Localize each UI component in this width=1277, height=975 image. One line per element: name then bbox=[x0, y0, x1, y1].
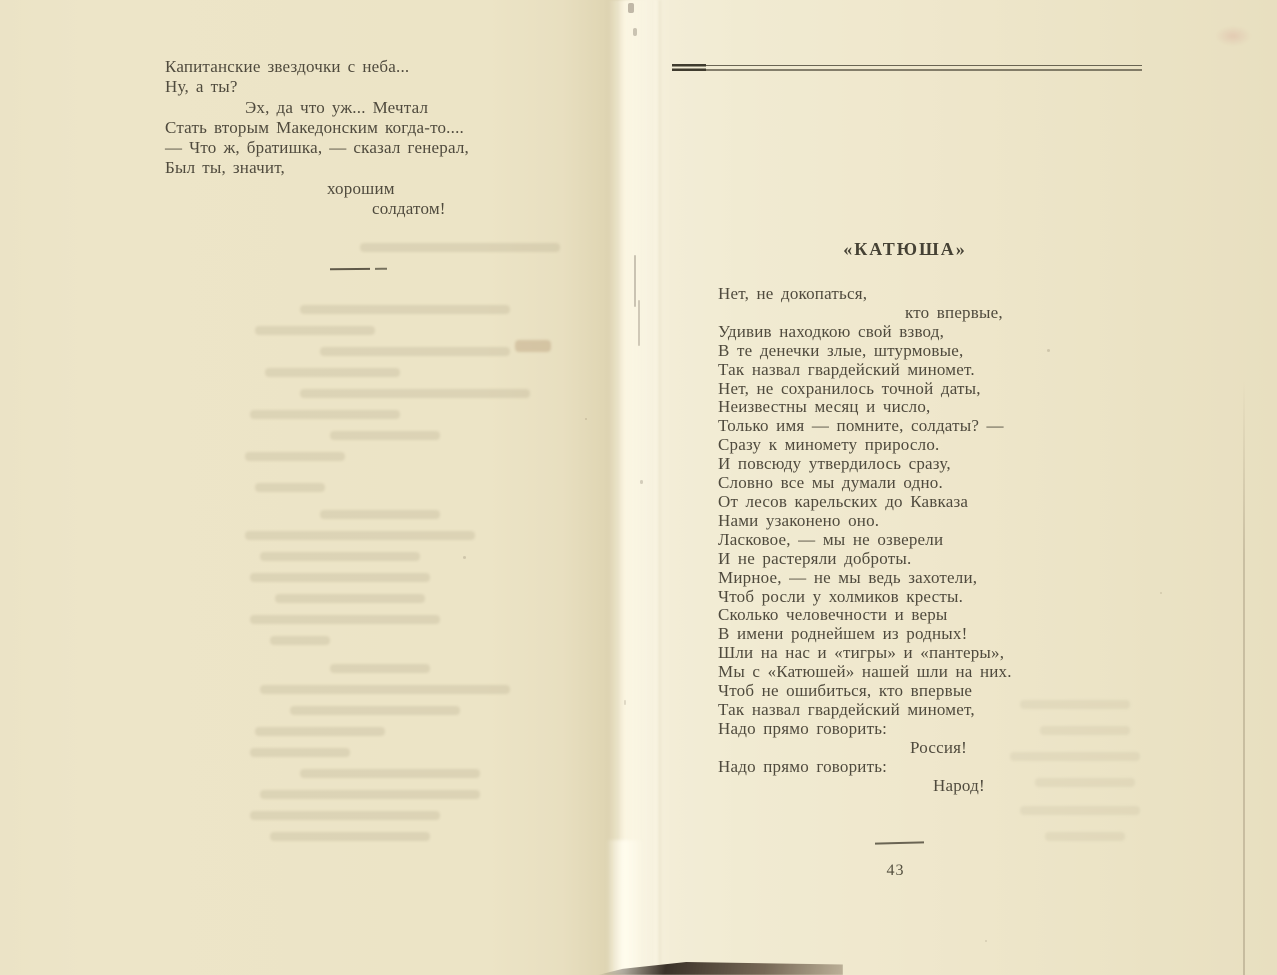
paper-speck bbox=[463, 556, 466, 559]
rule-left-cap bbox=[672, 64, 706, 72]
ghost-text-line bbox=[260, 790, 480, 799]
paper-speck bbox=[1160, 592, 1162, 594]
ghost-text-line bbox=[290, 706, 460, 715]
ghost-text-line bbox=[1040, 726, 1130, 735]
poem-line: В имени роднейшем из родных! bbox=[718, 625, 1158, 644]
ghost-text-line bbox=[250, 410, 400, 419]
ghost-text-line bbox=[330, 431, 440, 440]
poem-line: Сразу к миномету приросло. bbox=[718, 436, 1158, 455]
paper-speck bbox=[624, 700, 626, 705]
poem-line: И не растеряли доброты. bbox=[718, 550, 1158, 569]
poem-line: Неизвестны месяц и число, bbox=[718, 398, 1158, 417]
rule-line-top bbox=[672, 65, 1142, 66]
ghost-text-line bbox=[260, 552, 420, 561]
poem-line: Нет, не докопаться, bbox=[718, 285, 1158, 304]
right-page-poem: Нет, не докопаться,кто впервые,Удивив на… bbox=[718, 285, 1158, 795]
left-page-section-divider bbox=[330, 267, 386, 271]
ghost-text-line bbox=[1020, 700, 1130, 709]
paper-speck bbox=[585, 418, 587, 420]
poem-line: Нет, не сохранилось точной даты, bbox=[718, 380, 1158, 399]
poem-line: кто впервые, bbox=[905, 304, 1158, 323]
poem-line: И повсюду утвердилось сразу, bbox=[718, 455, 1158, 474]
rule-line-bottom bbox=[672, 69, 1142, 70]
ghost-text-line bbox=[360, 243, 560, 252]
paper-stain bbox=[1215, 26, 1251, 46]
ghost-text-line bbox=[1020, 806, 1140, 815]
ghost-text-line bbox=[250, 811, 440, 820]
poem-line: Ласковое, — мы не озверели bbox=[718, 531, 1158, 550]
paper-speck bbox=[628, 3, 634, 13]
ghost-text-line bbox=[245, 531, 475, 540]
poem-line: Так назвал гвардейский миномет. bbox=[718, 361, 1158, 380]
book-spread: Капитанские звездочки с неба...Ну, а ты?… bbox=[0, 0, 1277, 975]
paper-speck bbox=[985, 940, 987, 942]
ghost-text-line bbox=[245, 452, 345, 461]
ghost-text-line bbox=[270, 636, 330, 645]
poem-line: Шли на нас и «тигры» и «пантеры», bbox=[718, 644, 1158, 663]
ghost-text-line bbox=[320, 347, 510, 356]
poem-line: — Что ж, братишка, — сказал генерал, bbox=[165, 138, 585, 158]
end-of-poem-divider bbox=[875, 841, 924, 844]
poem-line: Ну, а ты? bbox=[165, 77, 585, 97]
ghost-text-line bbox=[300, 769, 480, 778]
poem-line: Только имя — помните, солдаты? — bbox=[718, 417, 1158, 436]
poem-line: Удивив находкою свой взвод, bbox=[718, 323, 1158, 342]
ghost-text-line bbox=[300, 305, 510, 314]
ghost-text-line bbox=[255, 727, 385, 736]
poem-line: Сколько человечности и веры bbox=[718, 606, 1158, 625]
poem-line: Стать вторым Македонским когда-то.... bbox=[165, 118, 585, 138]
ghost-text-line bbox=[300, 389, 530, 398]
divider-dash-short bbox=[375, 268, 387, 270]
poem-line: Был ты, значит, bbox=[165, 158, 585, 178]
ghost-text-line bbox=[255, 326, 375, 335]
ghost-letter-mark bbox=[515, 340, 551, 352]
page-crease bbox=[652, 0, 662, 975]
right-page-header-rule bbox=[672, 65, 1142, 73]
divider-dash bbox=[330, 268, 370, 270]
gutter-fold-highlight-bottom bbox=[606, 840, 644, 975]
poem-line: Словно все мы думали одно. bbox=[718, 474, 1158, 493]
page-number: 43 bbox=[858, 862, 933, 880]
poem-line: Чтоб росли у холмиков кресты. bbox=[718, 588, 1158, 607]
poem-line: Мирное, — не мы ведь захотели, bbox=[718, 569, 1158, 588]
ghost-text-line bbox=[275, 594, 425, 603]
poem-line: солдатом! bbox=[372, 199, 585, 219]
ghost-text-line bbox=[1010, 752, 1140, 761]
ghost-text-line bbox=[1045, 832, 1125, 841]
ghost-text-line bbox=[250, 615, 440, 624]
page-right-edge bbox=[1243, 380, 1245, 975]
paper-speck bbox=[1047, 349, 1050, 352]
ghost-text-line bbox=[1035, 778, 1135, 787]
poem-line: Эх, да что уж... Мечтал bbox=[245, 98, 585, 118]
paper-speck bbox=[634, 255, 636, 307]
ghost-text-line bbox=[260, 685, 510, 694]
paper-speck bbox=[640, 480, 643, 484]
poem-line: хорошим bbox=[327, 179, 585, 199]
ghost-text-line bbox=[255, 483, 325, 492]
ghost-text-line bbox=[270, 832, 430, 841]
poem-line: Капитанские звездочки с неба... bbox=[165, 57, 585, 77]
poem-title: «КАТЮША» bbox=[760, 239, 1050, 260]
ghost-text-line bbox=[250, 748, 350, 757]
poem-line: Чтоб не ошибиться, кто впервые bbox=[718, 682, 1158, 701]
ghost-text-line bbox=[250, 573, 430, 582]
ghost-text-line bbox=[330, 664, 430, 673]
ghost-text-line bbox=[320, 510, 440, 519]
poem-line: Мы с «Катюшей» нашей шли на них. bbox=[718, 663, 1158, 682]
poem-line: От лесов карельских до Кавказа bbox=[718, 493, 1158, 512]
poem-line: Нами узаконено оно. bbox=[718, 512, 1158, 531]
gutter-fold-highlight bbox=[608, 0, 648, 975]
paper-speck bbox=[638, 300, 640, 346]
left-page-poem-fragment: Капитанские звездочки с неба...Ну, а ты?… bbox=[165, 57, 585, 219]
poem-line: В те денечки злые, штурмовые, bbox=[718, 342, 1158, 361]
ghost-text-line bbox=[265, 368, 400, 377]
paper-speck bbox=[633, 28, 637, 36]
